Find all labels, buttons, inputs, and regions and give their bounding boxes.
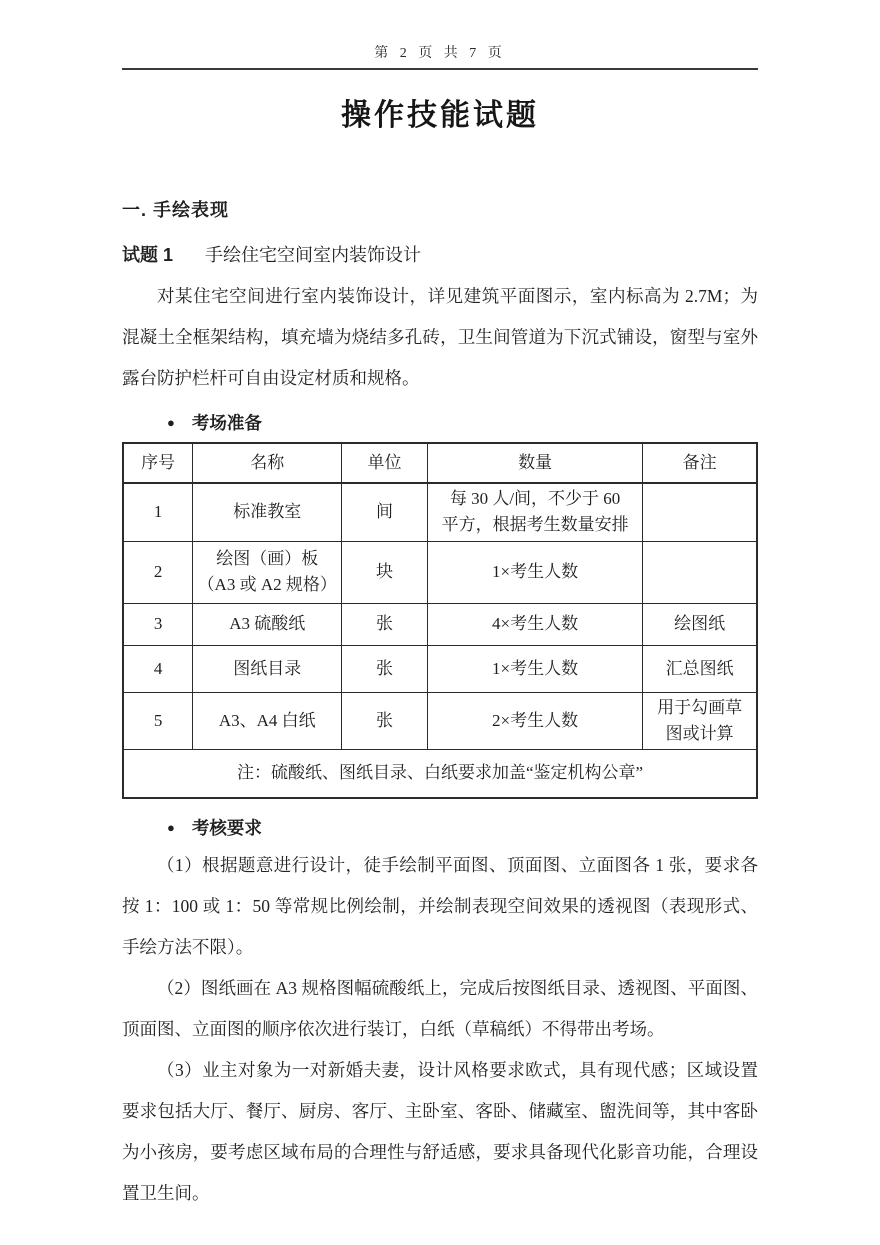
table-cell [643, 541, 757, 603]
table-header-cell: 名称 [193, 443, 342, 483]
table-cell: 每 30 人/间，不少于 60 平方，根据考生数量安排 [427, 483, 643, 541]
requirement-paragraph-3: （3）业主对象为一对新婚夫妻，设计风格要求欧式，具有现代感；区域设置要求包括大厅… [122, 1050, 758, 1214]
table-cell: 5 [123, 692, 193, 750]
table-cell: 汇总图纸 [643, 645, 757, 692]
table-cell: 张 [342, 692, 428, 750]
req-heading-line: ● 考核要求 [167, 815, 758, 840]
question-label: 试题 1 [122, 241, 173, 267]
page-number-header: 第 2 页 共 7 页 [122, 0, 758, 70]
table-cell: 4 [123, 645, 193, 692]
table-cell: 1×考生人数 [427, 645, 643, 692]
table-row: 5 A3、A4 白纸 张 2×考生人数 用于勾画草 图或计算 [123, 692, 757, 750]
req-heading: 考核要求 [192, 815, 262, 840]
table-cell: 图纸目录 [193, 645, 342, 692]
page-content: 第 2 页 共 7 页 操作技能试题 一. 手绘表现 试题 1手绘住宅空间室内装… [122, 0, 758, 1214]
table-cell: 2×考生人数 [427, 692, 643, 750]
table-cell: 4×考生人数 [427, 603, 643, 645]
table-cell: 块 [342, 541, 428, 603]
table-cell: 间 [342, 483, 428, 541]
table-cell: 1×考生人数 [427, 541, 643, 603]
table-header-cell: 单位 [342, 443, 428, 483]
table-row: 2 绘图（画）板 （A3 或 A2 规格） 块 1×考生人数 [123, 541, 757, 603]
intro-paragraph: 对某住宅空间进行室内装饰设计，详见建筑平面图示，室内标高为 2.7M；为混凝土全… [122, 276, 758, 399]
bullet-icon: ● [167, 820, 175, 835]
table-cell: 1 [123, 483, 193, 541]
table-cell: A3、A4 白纸 [193, 692, 342, 750]
table-row: 1 标准教室 间 每 30 人/间，不少于 60 平方，根据考生数量安排 [123, 483, 757, 541]
table-cell: 张 [342, 603, 428, 645]
table-header-cell: 序号 [123, 443, 193, 483]
prep-table: 序号 名称 单位 数量 备注 1 标准教室 间 每 30 人/间，不少于 60 … [122, 442, 758, 799]
prep-heading: 考场准备 [192, 410, 262, 435]
table-cell [643, 483, 757, 541]
table-row: 3 A3 硫酸纸 张 4×考生人数 绘图纸 [123, 603, 757, 645]
page-title: 操作技能试题 [122, 90, 758, 134]
question-title: 手绘住宅空间室内装饰设计 [205, 241, 421, 267]
table-row: 4 图纸目录 张 1×考生人数 汇总图纸 [123, 645, 757, 692]
table-note: 注：硫酸纸、图纸目录、白纸要求加盖“鉴定机构公章” [123, 750, 757, 798]
prep-heading-line: ● 考场准备 [167, 410, 758, 435]
table-header-row: 序号 名称 单位 数量 备注 [123, 443, 757, 483]
table-cell: 张 [342, 645, 428, 692]
table-cell: 绘图（画）板 （A3 或 A2 规格） [193, 541, 342, 603]
table-cell: 3 [123, 603, 193, 645]
table-cell: 绘图纸 [643, 603, 757, 645]
document-page: 第 2 页 共 7 页 操作技能试题 一. 手绘表现 试题 1手绘住宅空间室内装… [0, 0, 880, 1245]
question-line: 试题 1手绘住宅空间室内装饰设计 [122, 241, 758, 267]
section-heading: 一. 手绘表现 [122, 196, 758, 222]
table-header-cell: 数量 [427, 443, 643, 483]
table-cell: 2 [123, 541, 193, 603]
table-cell: A3 硫酸纸 [193, 603, 342, 645]
table-cell: 用于勾画草 图或计算 [643, 692, 757, 750]
bullet-icon: ● [167, 415, 175, 430]
requirement-paragraph-1: （1）根据题意进行设计，徒手绘制平面图、顶面图、立面图各 1 张，要求各按 1：… [122, 845, 758, 968]
table-note-row: 注：硫酸纸、图纸目录、白纸要求加盖“鉴定机构公章” [123, 750, 757, 798]
requirement-paragraph-2: （2）图纸画在 A3 规格图幅硫酸纸上，完成后按图纸目录、透视图、平面图、顶面图… [122, 968, 758, 1050]
table-header-cell: 备注 [643, 443, 757, 483]
table-cell: 标准教室 [193, 483, 342, 541]
